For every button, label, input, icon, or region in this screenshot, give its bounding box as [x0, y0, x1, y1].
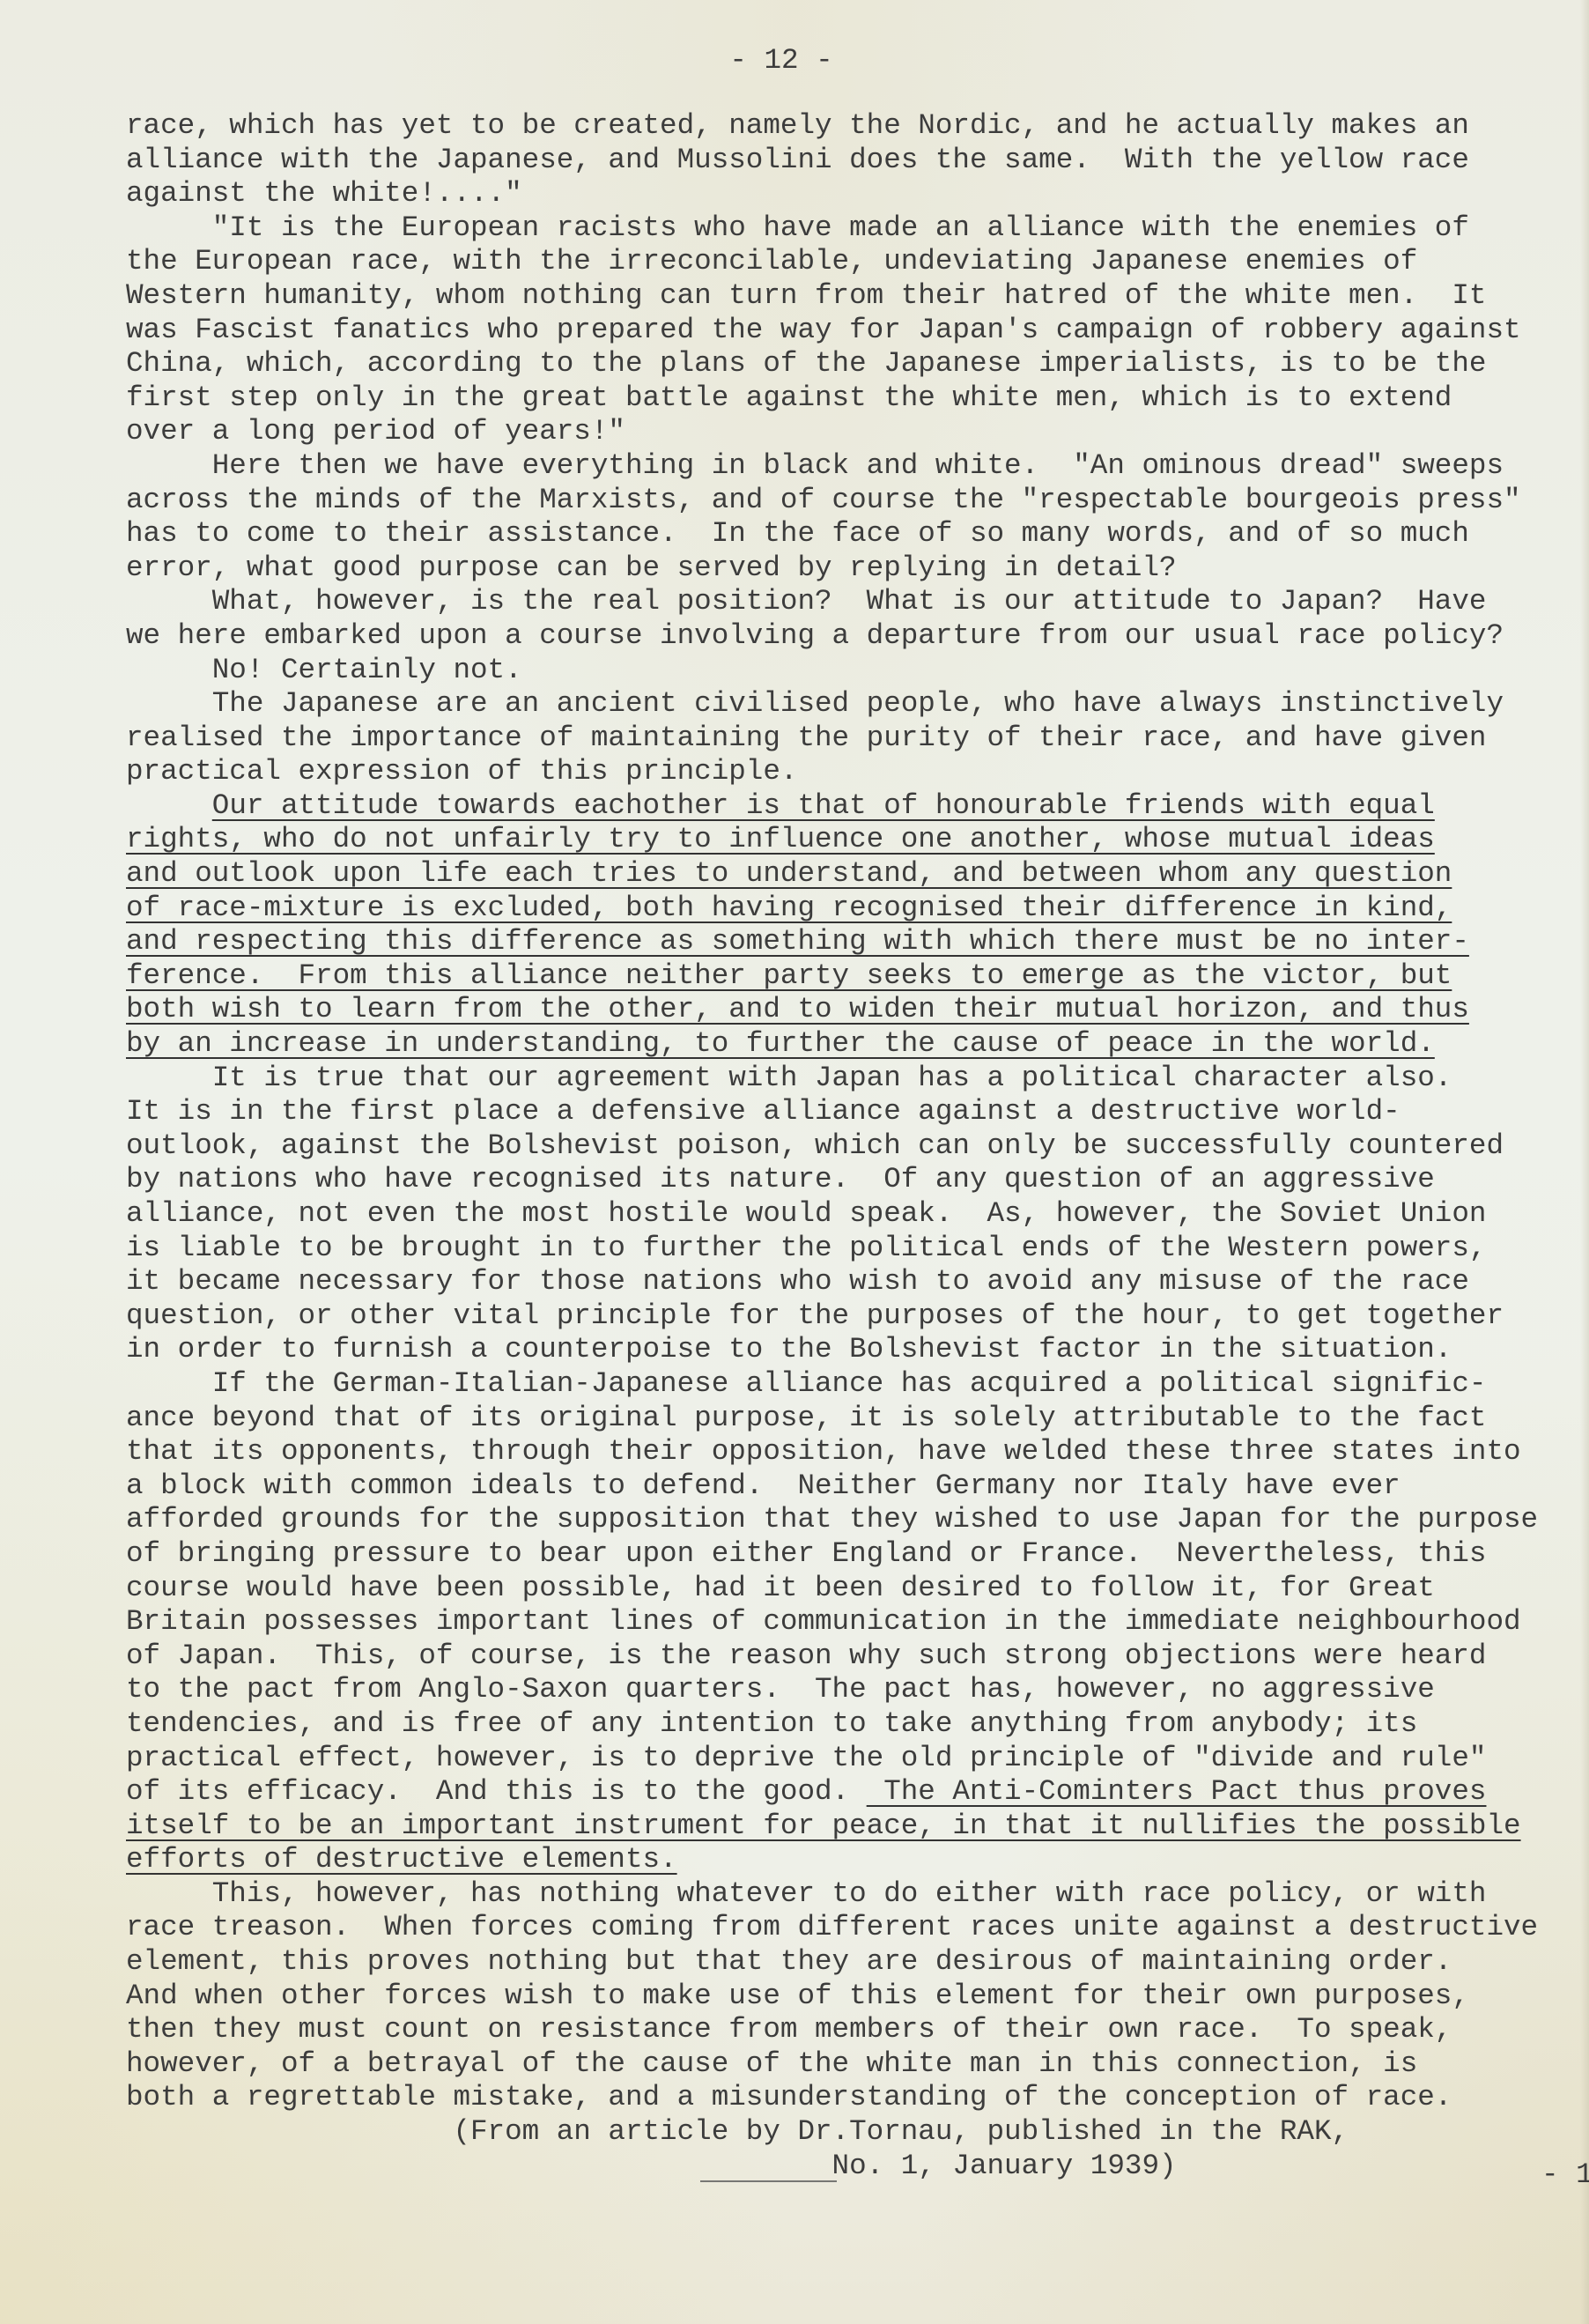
text-line: and respecting this difference as someth… [126, 925, 1538, 959]
text-line: Here then we have everything in black an… [126, 449, 1538, 484]
text-line: practical effect, however, is to deprive… [126, 1742, 1538, 1776]
text-line: It is in the first place a defensive all… [126, 1095, 1538, 1129]
text-line: by an increase in understanding, to furt… [126, 1027, 1538, 1062]
text-line: Our attitude towards eachother is that o… [126, 789, 1538, 824]
text-line: then they must count on resistance from … [126, 2013, 1538, 2047]
text-line: of Japan. This, of course, is the reason… [126, 1639, 1538, 1674]
text-line: race treason. When forces coming from di… [126, 1911, 1538, 1945]
underlined-passage: by an increase in understanding, to furt… [126, 1027, 1435, 1060]
text-line: efforts of destructive elements. [126, 1843, 1538, 1877]
underlined-passage: and respecting this difference as someth… [126, 925, 1469, 958]
text-line: has to come to their assistance. In the … [126, 517, 1538, 551]
text-line: against the white!...." [126, 177, 1538, 211]
text-line: itself to be an important instrument for… [126, 1810, 1538, 1844]
text-line: No! Certainly not. [126, 654, 1538, 688]
text-line: both a regrettable mistake, and a misund… [126, 2081, 1538, 2115]
text-line: And when other forces wish to make use o… [126, 1980, 1538, 2014]
text-line: by nations who have recognised its natur… [126, 1163, 1538, 1197]
text-line: This, however, has nothing whatever to d… [126, 1877, 1538, 1912]
text-line: realised the importance of maintaining t… [126, 722, 1538, 756]
text-line: error, what good purpose can be served b… [126, 551, 1538, 586]
text-line: rights, who do not unfairly try to influ… [126, 823, 1538, 857]
text-line: ference. From this alliance neither part… [126, 959, 1538, 994]
text-line: of race-mixture is excluded, both having… [126, 892, 1538, 926]
underlined-passage: efforts of destructive elements. [126, 1843, 677, 1876]
text-line: If the German-Italian-Japanese alliance … [126, 1367, 1538, 1402]
document-body: race, which has yet to be created, namel… [126, 109, 1538, 2183]
text-line: is liable to be brought in to further th… [126, 1232, 1538, 1266]
text-line: it became necessary for those nations wh… [126, 1265, 1538, 1299]
text-line: Britain possesses important lines of com… [126, 1605, 1538, 1639]
text-line: we here embarked upon a course involving… [126, 619, 1538, 654]
text-line: was Fascist fanatics who prepared the wa… [126, 314, 1538, 348]
text-line: It is true that our agreement with Japan… [126, 1062, 1538, 1096]
text-line: question, or other vital principle for t… [126, 1299, 1538, 1334]
text-line: Western humanity, whom nothing can turn … [126, 279, 1538, 314]
next-page-number: - 13 [1541, 2158, 1589, 2193]
underlined-passage: of race-mixture is excluded, both having… [126, 892, 1452, 924]
text-line: that its opponents, through their opposi… [126, 1435, 1538, 1469]
text-line: in order to furnish a counterpoise to th… [126, 1333, 1538, 1367]
underlined-passage: itself to be an important instrument for… [126, 1810, 1521, 1842]
text-line: over a long period of years!" [126, 415, 1538, 449]
page-number: - 12 - [0, 44, 1589, 78]
text-line: ance beyond that of its original purpose… [126, 1402, 1538, 1436]
text-line: element, this proves nothing but that th… [126, 1945, 1538, 1980]
text-line: however, of a betrayal of the cause of t… [126, 2047, 1538, 2082]
text-line: the European race, with the irreconcilab… [126, 245, 1538, 279]
text-line: (From an article by Dr.Tornau, published… [126, 2115, 1538, 2150]
text-line: tendencies, and is free of any intention… [126, 1707, 1538, 1742]
text-line: practical expression of this principle. [126, 755, 1538, 789]
text-line: alliance with the Japanese, and Mussolin… [126, 144, 1538, 178]
text-line: alliance, not even the most hostile woul… [126, 1197, 1538, 1232]
closing-rule [700, 2180, 837, 2182]
underlined-passage: The Anti-Cominters Pact thus proves [867, 1775, 1487, 1808]
underlined-passage: both wish to learn from the other, and t… [126, 993, 1469, 1025]
text-line: first step only in the great battle agai… [126, 381, 1538, 416]
text-line: race, which has yet to be created, namel… [126, 109, 1538, 144]
text-line: and outlook upon life each tries to unde… [126, 857, 1538, 892]
text-line: of its efficacy. And this is to the good… [126, 1775, 1538, 1810]
underlined-passage: ference. From this alliance neither part… [126, 959, 1452, 992]
text-line: outlook, against the Bolshevist poison, … [126, 1129, 1538, 1164]
text-line: No. 1, January 1939) [126, 2150, 1538, 2184]
underlined-passage: and outlook upon life each tries to unde… [126, 857, 1452, 890]
underlined-passage: Our attitude towards eachother is that o… [212, 789, 1435, 822]
text-line: "It is the European racists who have mad… [126, 211, 1538, 246]
paper-edge [1580, 0, 1589, 2324]
underlined-passage: rights, who do not unfairly try to influ… [126, 823, 1435, 855]
text-line: China, which, according to the plans of … [126, 347, 1538, 381]
text-line: afforded grounds for the supposition tha… [126, 1503, 1538, 1537]
text-line: both wish to learn from the other, and t… [126, 993, 1538, 1027]
text-line: a block with common ideals to defend. Ne… [126, 1469, 1538, 1504]
text-line: The Japanese are an ancient civilised pe… [126, 687, 1538, 722]
text-line: of bringing pressure to bear upon either… [126, 1537, 1538, 1572]
text-line: course would have been possible, had it … [126, 1572, 1538, 1606]
text-line: to the pact from Anglo-Saxon quarters. T… [126, 1673, 1538, 1707]
text-line: What, however, is the real position? Wha… [126, 585, 1538, 619]
text-line: across the minds of the Marxists, and of… [126, 484, 1538, 518]
